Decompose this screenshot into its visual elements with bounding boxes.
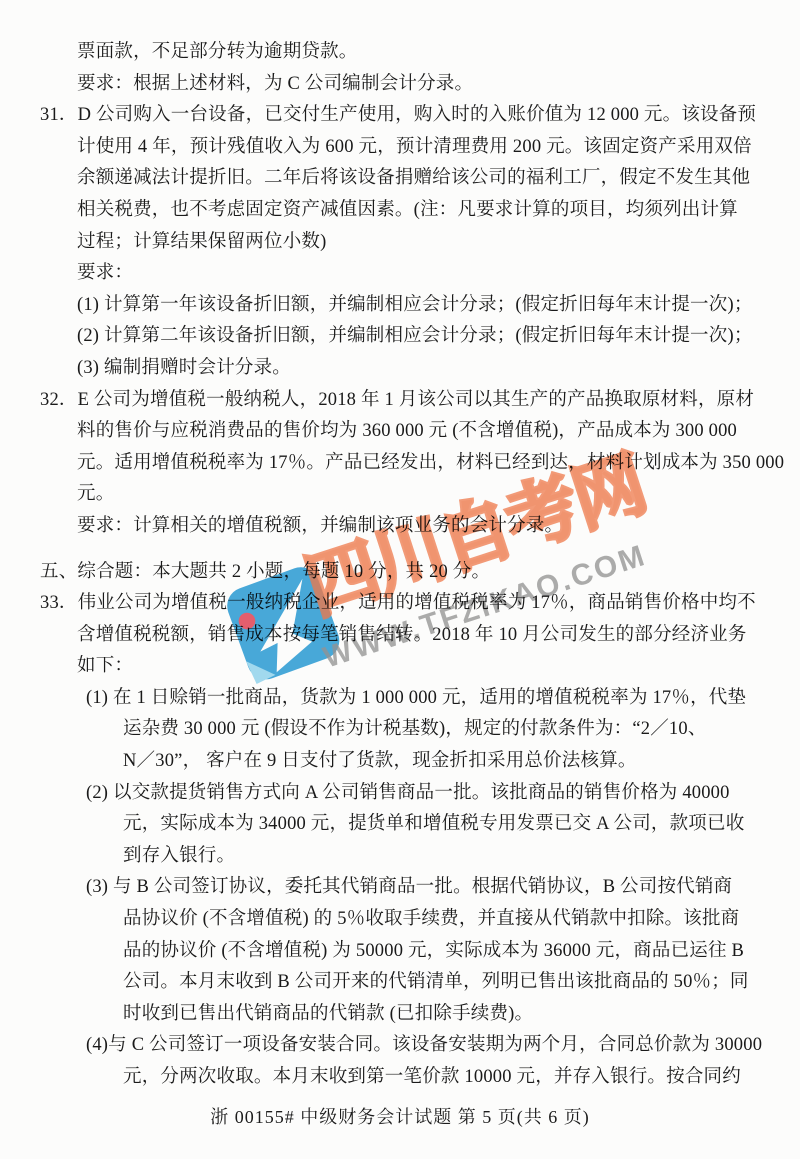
exam-page: 票面款，不足部分转为逾期贷款。要求：根据上述材料，为 C 公司编制会计分录。31… <box>0 0 800 1159</box>
text-line: 品的协议价 (不含增值税) 为 50000 元，实际成本为 36000 元，商品… <box>0 936 800 968</box>
text-line: 余额递减法计提折旧。二年后将该设备捐赠给该公司的福利工厂，假定不发生其他 <box>0 163 800 195</box>
text-line: 元。 <box>0 479 800 511</box>
text-line: 如下： <box>0 651 800 683</box>
text-line: 元，实际成本为 34000 元，提货单和增值税专用发票已交 A 公司，款项已收 <box>0 809 800 841</box>
text-line: 含增值税税额，销售成本按每笔销售结转。2018 年 10 月公司发生的部分经济业… <box>0 620 800 652</box>
text-line: 到存入银行。 <box>0 841 800 873</box>
text-line: 票面款，不足部分转为逾期贷款。 <box>0 37 800 69</box>
text-line: (3) 与 B 公司签订协议，委托其代销商品一批。根据代销协议，B 公司按代销商 <box>0 872 800 904</box>
page-footer-label: 浙 00155# 中级财务会计试题 第 5 页(共 6 页) <box>0 1103 800 1129</box>
document-text: 票面款，不足部分转为逾期贷款。要求：根据上述材料，为 C 公司编制会计分录。31… <box>0 0 800 1094</box>
text-line: 运杂费 30 000 元 (假设不作为计税基数)，规定的付款条件为：“2／10、 <box>0 714 800 746</box>
text-line: 32．E 公司为增值税一般纳税人，2018 年 1 月该公司以其生产的产品换取原… <box>0 385 800 417</box>
text-line: 31．D 公司购入一台设备，已交付生产使用，购入时的入账价值为 12 000 元… <box>0 100 800 132</box>
text-line: N／30”， 客户在 9 日支付了货款，现金折扣采用总价法核算。 <box>0 746 800 778</box>
text-line: (1) 计算第一年该设备折旧额，并编制相应会计分录；(假定折旧每年末计提一次)； <box>0 290 800 322</box>
text-line: (1) 在 1 日赊销一批商品，货款为 1 000 000 元，适用的增值税税率… <box>0 683 800 715</box>
text-line: 料的售价与应税消费品的售价均为 360 000 元 (不含增值税)，产品成本为 … <box>0 416 800 448</box>
text-line: 时收到已售出代销商品的代销款 (已扣除手续费)。 <box>0 999 800 1031</box>
text-line: 公司。本月末收到 B 公司开来的代销清单，列明已售出该批商品的 50％；同 <box>0 967 800 999</box>
text-line: (2) 计算第二年该设备折旧额，并编制相应会计分录；(假定折旧每年末计提一次)； <box>0 321 800 353</box>
text-line: 元。适用增值税税率为 17％。产品已经发出，材料已经到达，材料计划成本为 350… <box>0 448 800 480</box>
text-line: 计使用 4 年，预计残值收入为 600 元，预计清理费用 200 元。该固定资产… <box>0 132 800 164</box>
text-line: 五、综合题：本大题共 2 小题，每题 10 分，共 20 分。 <box>0 557 800 589</box>
text-line: 元，分两次收取。本月末收到第一笔价款 10000 元，并存入银行。按合同约 <box>0 1062 800 1094</box>
text-line: 相关税费，也不考虑固定资产减值因素。(注：凡要求计算的项目，均须列出计算 <box>0 195 800 227</box>
text-line: 要求：根据上述材料，为 C 公司编制会计分录。 <box>0 69 800 101</box>
text-line: 过程；计算结果保留两位小数) <box>0 227 800 259</box>
text-line: 要求： <box>0 258 800 290</box>
text-line: (2) 以交款提货销售方式向 A 公司销售商品一批。该批商品的销售价格为 400… <box>0 778 800 810</box>
text-line: 33．伟业公司为增值税一般纳税企业，适用的增值税税率为 17％，商品销售价格中均… <box>0 588 800 620</box>
text-line: (3) 编制捐赠时会计分录。 <box>0 353 800 385</box>
text-line: (4)与 C 公司签订一项设备安装合同。该设备安装期为两个月，合同总价款为 30… <box>0 1030 800 1062</box>
text-line: 品协议价 (不含增值税) 的 5％收取手续费，并直接从代销款中扣除。该批商 <box>0 904 800 936</box>
text-line: 要求：计算相关的增值税额，并编制该项业务的会计分录。 <box>0 511 800 543</box>
